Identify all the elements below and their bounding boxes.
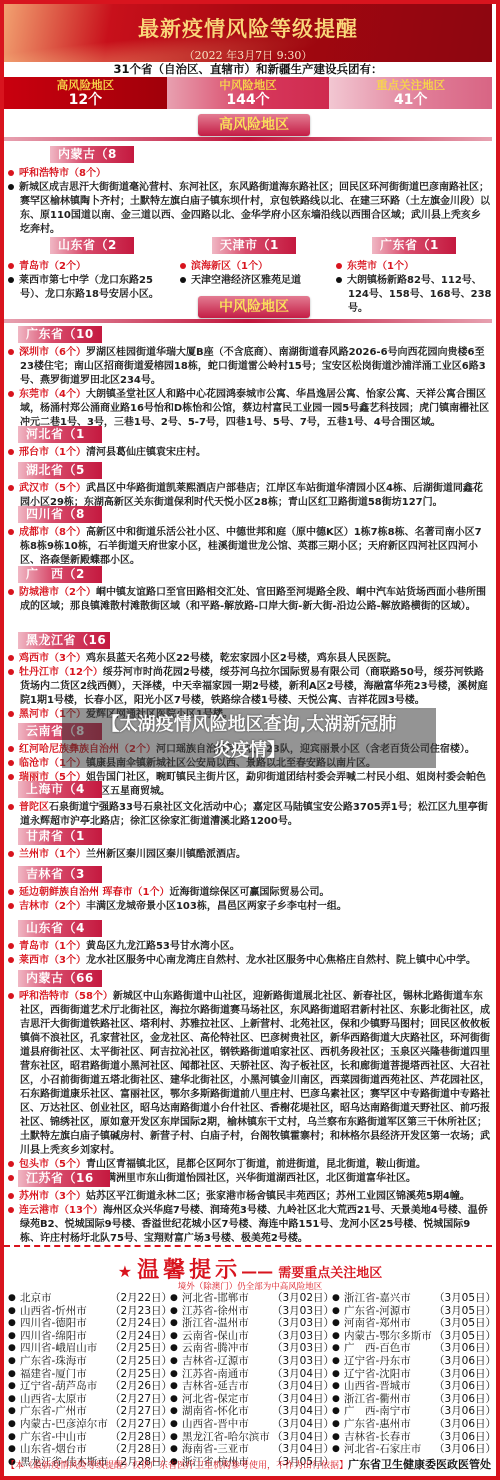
- bullet-icon: ●: [170, 1380, 182, 1393]
- area-entry: 鸡西市（3个）鸡东县蓝天名苑小区22号楼，乾宏家园小区2号楼，鸡东县人民医院。: [20, 652, 490, 666]
- high-risk-guangdong: 东莞市（1个） 大朗镇杨新路82号、112号、124号、158号、168号、23…: [336, 260, 492, 316]
- area-entry: 东莞市（4个）大朗镇圣堂社区人和路中心花园鸿泰城市公寓、华昌逸居公寓、怡家公寓、…: [20, 388, 490, 430]
- bullet-icon: ●: [170, 1443, 182, 1456]
- bullet-icon: [8, 760, 14, 766]
- watch-item: ●北京市（2月22日）: [8, 1292, 170, 1305]
- area-entry: 延边朝鲜族自治州 珲春市（1个）近海街道综保区可赢国际贸易公司。: [20, 886, 490, 900]
- province-entries: 邢台市（1个）清河县葛仙庄镇袁宋庄村。: [8, 446, 490, 460]
- bullet-icon: [8, 170, 14, 176]
- stat-label: 高风险地区: [4, 79, 167, 92]
- province-tag: 内蒙古（66个）: [18, 970, 102, 987]
- watch-item: ●江苏省-南通市（3月04日）: [170, 1368, 332, 1381]
- summary-subtitle: 31个省（自治区、直辖市）和新疆生产建设兵团有：: [4, 62, 492, 77]
- bullet-icon: ●: [8, 1305, 20, 1318]
- province-tag: 山东省（4个）: [18, 920, 102, 937]
- dashed-divider: [4, 1245, 492, 1247]
- province-entries: 延边朝鲜族自治州 珲春市（1个）近海街道综保区可赢国际贸易公司。吉林市（2个）丰…: [8, 886, 490, 914]
- watch-item: ●广东省-珠海市（2月25日）: [8, 1355, 170, 1368]
- area-entry: 莱西市（3个）龙水社区服务中心南龙湾庄自然村、龙水社区服务中心焦格庄自然村、院上…: [20, 954, 490, 968]
- area-entry: 呼和浩特市（58个）新城区中山东路街道中山社区，迎新路街道展北社区、新春社区，锡…: [20, 990, 490, 1158]
- bullet-icon: [8, 957, 14, 963]
- bullet-icon: [8, 889, 14, 895]
- update-date: （2022 年3月7日 9:30）: [4, 47, 492, 62]
- bullet-icon: [8, 993, 14, 999]
- bullet-icon: [8, 349, 14, 355]
- watch-list: ●北京市（2月22日）●山西省-忻州市（2月23日）●四川省-德阳市（2月24日…: [8, 1292, 494, 1468]
- province-entries: 苏州市（3个）姑苏区平江街道永林二区；张家港市杨舍镇民丰苑西区；苏州工业园区锦溪…: [8, 1190, 490, 1246]
- area-entry: 成都市（8个）高新区中和街道乐活公社小区、中德世邦和庭（原中德K区）1栋7栋8栋…: [20, 526, 490, 568]
- bullet-icon: ●: [8, 1317, 20, 1330]
- header-banner: 最新疫情风险等级提醒 （2022 年3月7日 9:30）: [4, 4, 492, 62]
- bullet-icon: ●: [8, 1292, 20, 1305]
- province-tag: 黑龙江省（16个）: [18, 632, 110, 649]
- bullet-icon: [8, 1175, 14, 1181]
- watch-item: ●云南省-保山市（3月03日）: [170, 1330, 332, 1343]
- watch-item: ●吉林省-辽源市（3月03日）: [170, 1355, 332, 1368]
- watch-item: ●湖南省-怀化市（3月04日）: [170, 1405, 332, 1418]
- bullet-icon: ●: [170, 1368, 182, 1381]
- watch-item: ●广东省-中山市（2月28日）: [8, 1431, 170, 1444]
- bullet-icon: ●: [8, 1380, 20, 1393]
- bullet-icon: ●: [8, 1431, 20, 1444]
- bullet-icon: ●: [170, 1317, 182, 1330]
- area-entry: 邢台市（1个）清河县葛仙庄镇袁宋庄村。: [20, 446, 490, 460]
- stat-label: 重点关注地区: [329, 79, 492, 92]
- province-tag: 吉林省（3个）: [18, 866, 102, 883]
- bullet-icon: [8, 655, 14, 661]
- area-entry: 深圳市（6个）罗湖区桂园街道华瑞大厦B座（不含底商）、南湖街道春风路2026-6…: [20, 346, 490, 388]
- bullet-icon: ●: [170, 1305, 182, 1318]
- province-tag: 四川省（8个）: [18, 506, 102, 523]
- city-heading: 呼和浩特市（8个）: [8, 167, 490, 181]
- watch-item: ●云南省-腾冲市（3月03日）: [170, 1342, 332, 1355]
- watch-item: ●河北省-石家庄市（3月06日）: [332, 1443, 494, 1456]
- province-entries: 兰州市（1个）兰州新区秦川园区秦川镇酷派酒店。: [8, 848, 490, 862]
- bullet-icon: ●: [8, 1342, 20, 1355]
- watch-item: ●福建省-厦门市（2月25日）: [8, 1368, 170, 1381]
- bullet-icon: ●: [8, 1355, 20, 1368]
- page-title: 最新疫情风险等级提醒: [4, 13, 492, 43]
- area-entry: 兰州市（1个）兰州新区秦川园区秦川镇酷派酒店。: [20, 848, 490, 862]
- watch-item: ●辽宁省-葫芦岛市（2月26日）: [8, 1380, 170, 1393]
- watch-column: ●河北省-邯郸市（3月02日）●江苏省-徐州市（3月03日）●浙江省-温州市（3…: [170, 1292, 332, 1468]
- province-tag: 广东省（1个）: [372, 237, 456, 254]
- area-entry: 防城港市（2个）峒中镇友谊路口至官田路相交汇处、官田路至河堤路全段、峒中汽车站货…: [20, 586, 490, 614]
- bullet-icon: ●: [332, 1305, 344, 1318]
- province-tag: 天津市（1个）: [212, 237, 296, 254]
- bullet-icon: ●: [332, 1368, 344, 1381]
- stat-high-risk: 高风险地区 12个: [4, 77, 167, 109]
- watch-item: ●山东省-烟台市（2月28日）: [8, 1443, 170, 1456]
- watch-item: ●广东省-惠州市（3月06日）: [332, 1418, 494, 1431]
- watch-item: ●河北省-邯郸市（3月02日）: [170, 1292, 332, 1305]
- bullet-icon: ●: [332, 1405, 344, 1418]
- watch-item: ●江苏省-徐州市（3月03日）: [170, 1305, 332, 1318]
- area-list: 新城区成吉思汗大街街道毫沁营村、东河社区，东风路街道海东路社区；回民区环河街街道…: [8, 181, 490, 237]
- watch-item: ●浙江省-温州市（3月03日）: [170, 1317, 332, 1330]
- bullet-icon: [8, 485, 14, 491]
- area-entry: 青岛市（1个）黄岛区九龙江路53号甘水湾小区。: [20, 940, 490, 954]
- bullet-icon: ●: [8, 1330, 20, 1343]
- bullet-icon: ●: [332, 1330, 344, 1343]
- watch-item: ●广 西-百色市（3月06日）: [332, 1342, 494, 1355]
- province-tag: 内蒙古（8个）: [50, 146, 134, 163]
- watch-item: ●辽宁省-丹东市（3月06日）: [332, 1355, 494, 1368]
- province-tag: 湖北省（5个）: [18, 462, 102, 479]
- bullet-icon: ●: [8, 1443, 20, 1456]
- bullet-icon: [8, 669, 14, 675]
- risk-summary: 高风险地区 12个 中风险地区 144个 重点关注地区 41个: [4, 77, 492, 109]
- watch-item: ●吉林省-延吉市（3月04日）: [170, 1380, 332, 1393]
- bullet-icon: [8, 449, 14, 455]
- watch-item: ●浙江省-衢州市（3月06日）: [332, 1393, 494, 1406]
- source-org: 广东省卫生健康委医政医管处: [348, 1458, 491, 1471]
- bullet-icon: [8, 589, 14, 595]
- area-entry: 普陀区石泉街道宁强路33号石泉社区文化活动中心；嘉定区马陆镇宝安公路3705弄1…: [20, 801, 490, 829]
- watch-item: ●吉林省-长春市（3月06日）: [332, 1431, 494, 1444]
- bullet-icon: ●: [332, 1317, 344, 1330]
- bullet-icon: [8, 711, 14, 717]
- bullet-icon: [8, 851, 14, 857]
- stat-mid-risk: 中风险地区 144个: [167, 77, 330, 109]
- bullet-icon: ●: [170, 1418, 182, 1431]
- bullet-icon: ●: [170, 1355, 182, 1368]
- area-entry: 牡丹江市（12个）绥芬河市时尚花园2号楼，绥芬河乌拉尔国际贸易有限公司（商联路5…: [20, 666, 490, 708]
- bullet-icon: [8, 746, 14, 752]
- bullet-icon: ●: [170, 1330, 182, 1343]
- bullet-icon: ●: [170, 1342, 182, 1355]
- bullet-icon: ●: [8, 1418, 20, 1431]
- watch-column: ●北京市（2月22日）●山西省-忻州市（2月23日）●四川省-德阳市（2月24日…: [8, 1292, 170, 1468]
- watch-item: ●山西省-晋中市（3月04日）: [170, 1418, 332, 1431]
- section-mid-risk: 中风险地区: [198, 296, 310, 318]
- watch-item: ●四川省-绵阳市（2月24日）: [8, 1330, 170, 1343]
- area-entry: 苏州市（3个）姑苏区平江街道永林二区；张家港市杨舍镇民丰苑西区；苏州工业园区锦溪…: [20, 1190, 490, 1204]
- bullet-icon: ●: [170, 1292, 182, 1305]
- watermark-title: 【太湖疫情风险地区查询,太湖新冠肺 炎疫情】: [62, 712, 436, 764]
- stat-count: 144个: [167, 92, 330, 108]
- province-tag: 江苏省（16个）: [18, 1170, 110, 1187]
- province-tag: 甘肃省（1个）: [18, 828, 102, 845]
- bullet-icon: ●: [170, 1393, 182, 1406]
- high-risk-shandong: 青岛市（2个） 莱西市第七中学（龙口东路25号）、龙口东路18号安居小区。: [8, 260, 168, 302]
- watch-item: ●海南省-三亚市（3月04日）: [170, 1443, 332, 1456]
- watch-item: ●山西省-太原市（2月27日）: [8, 1393, 170, 1406]
- watch-item: ●内蒙古-鄂尔多斯市（3月05日）: [332, 1330, 494, 1343]
- section-high-risk: 高风险地区: [198, 114, 310, 136]
- divider: [4, 319, 492, 323]
- bullet-icon: [8, 774, 14, 780]
- watch-item: ●广东省-河源市（3月05日）: [332, 1305, 494, 1318]
- bullet-icon: ●: [170, 1431, 182, 1444]
- bullet-icon: [8, 903, 14, 909]
- watch-item: ●河南省-郑州市（3月05日）: [332, 1317, 494, 1330]
- bullet-icon: ●: [332, 1418, 344, 1431]
- star-icon: ★: [118, 1262, 132, 1281]
- province-tag: 广东省（10个）: [18, 326, 102, 343]
- stat-count: 12个: [4, 92, 167, 108]
- province-entries: 防城港市（2个）峒中镇友谊路口至官田路相交汇处、官田路至河堤路全段、峒中汽车站货…: [8, 586, 490, 614]
- bullet-icon: [8, 804, 14, 810]
- watch-item: ●四川省-德阳市（2月24日）: [8, 1317, 170, 1330]
- province-entries: 青岛市（1个）黄岛区九龙江路53号甘水湾小区。莱西市（3个）龙水社区服务中心南龙…: [8, 940, 490, 968]
- area-entry: 连云港市（13个）海州区众兴华庭7号楼、润琦苑3号楼、九岭社区北大荒西21号、天…: [20, 1204, 490, 1246]
- divider: [4, 137, 492, 141]
- watch-item: ●山西省-忻州市（2月23日）: [8, 1305, 170, 1318]
- watch-item: ●广东省-广州市（2月27日）: [8, 1405, 170, 1418]
- bullet-icon: ●: [170, 1405, 182, 1418]
- watch-item: ●山西省-晋城市（3月06日）: [332, 1380, 494, 1393]
- bullet-icon: [8, 943, 14, 949]
- stat-count: 41个: [329, 92, 492, 108]
- bullet-icon: [8, 1193, 14, 1199]
- watch-item: ●辽宁省-沈阳市（3月06日）: [332, 1368, 494, 1381]
- bullet-icon: ●: [332, 1443, 344, 1456]
- watch-item: ●黑龙江省-哈尔滨市（3月04日）: [170, 1431, 332, 1444]
- tips-note: 境外（除澳门）仍全部为中高风险地区: [0, 1280, 500, 1292]
- bullet-icon: ●: [332, 1431, 344, 1444]
- bullet-icon: ●: [8, 1405, 20, 1418]
- bullet-icon: ●: [332, 1380, 344, 1393]
- bullet-icon: ●: [8, 1393, 20, 1406]
- bullet-icon: [8, 184, 14, 190]
- province-tag: 山东省（2个）: [50, 237, 134, 254]
- watch-item: ●内蒙古-巴彦淖尔市（2月27日）: [8, 1418, 170, 1431]
- disclaimer: 【本《最新疫情风险等级提醒》仅供广东省医疗卫生机构参考使用，不作为出行依据】: [6, 1461, 348, 1471]
- watch-item: ●四川省-峨眉山市（2月25日）: [8, 1342, 170, 1355]
- bullet-icon: ●: [332, 1292, 344, 1305]
- province-entries: 成都市（8个）高新区中和街道乐活公社小区、中德世邦和庭（原中德K区）1栋7栋8栋…: [8, 526, 490, 568]
- stat-watch: 重点关注地区 41个: [329, 77, 492, 109]
- bullet-icon: ●: [332, 1342, 344, 1355]
- area-entry: 吉林市（2个）丰满区龙城帝景小区103栋，昌邑区两家子乡李屯村一组。: [20, 900, 490, 914]
- province-tag: 上海市（4个）: [18, 781, 102, 798]
- watch-item: ●河北省-保定市（3月04日）: [170, 1393, 332, 1406]
- bullet-icon: [8, 391, 14, 397]
- province-tag: 河北省（1个）: [18, 426, 102, 443]
- watch-column: ●浙江省-嘉兴市（3月05日）●广东省-河源市（3月05日）●河南省-郑州市（3…: [332, 1292, 494, 1468]
- province-tag: 广 西（2个）: [18, 566, 102, 583]
- bullet-icon: ●: [332, 1393, 344, 1406]
- watch-item: ●广 西-南宁市（3月06日）: [332, 1405, 494, 1418]
- high-risk-tianjin: 滨海新区（1个） 天津空港经济区雅苑足道: [180, 260, 330, 288]
- province-entries: 深圳市（6个）罗湖区桂园街道华瑞大厦B座（不含底商）、南湖街道春风路2026-6…: [8, 346, 490, 430]
- bullet-icon: [8, 529, 14, 535]
- province-entries: 普陀区石泉街道宁强路33号石泉社区文化活动中心；嘉定区马陆镇宝安公路3705弄1…: [8, 801, 490, 829]
- bullet-icon: [8, 1207, 14, 1213]
- watch-item: ●浙江省-嘉兴市（3月05日）: [332, 1292, 494, 1305]
- bullet-icon: ●: [332, 1355, 344, 1368]
- stat-label: 中风险地区: [167, 79, 330, 92]
- province-entries: 呼和浩特市（58个）新城区中山东路街道中山社区，迎新路街道展北社区、新春社区，锡…: [8, 990, 490, 1186]
- footer: 【本《最新疫情风险等级提醒》仅供广东省医疗卫生机构参考使用，不作为出行依据】广东…: [6, 1458, 494, 1473]
- bullet-icon: ●: [8, 1368, 20, 1381]
- bullet-icon: [8, 1161, 14, 1167]
